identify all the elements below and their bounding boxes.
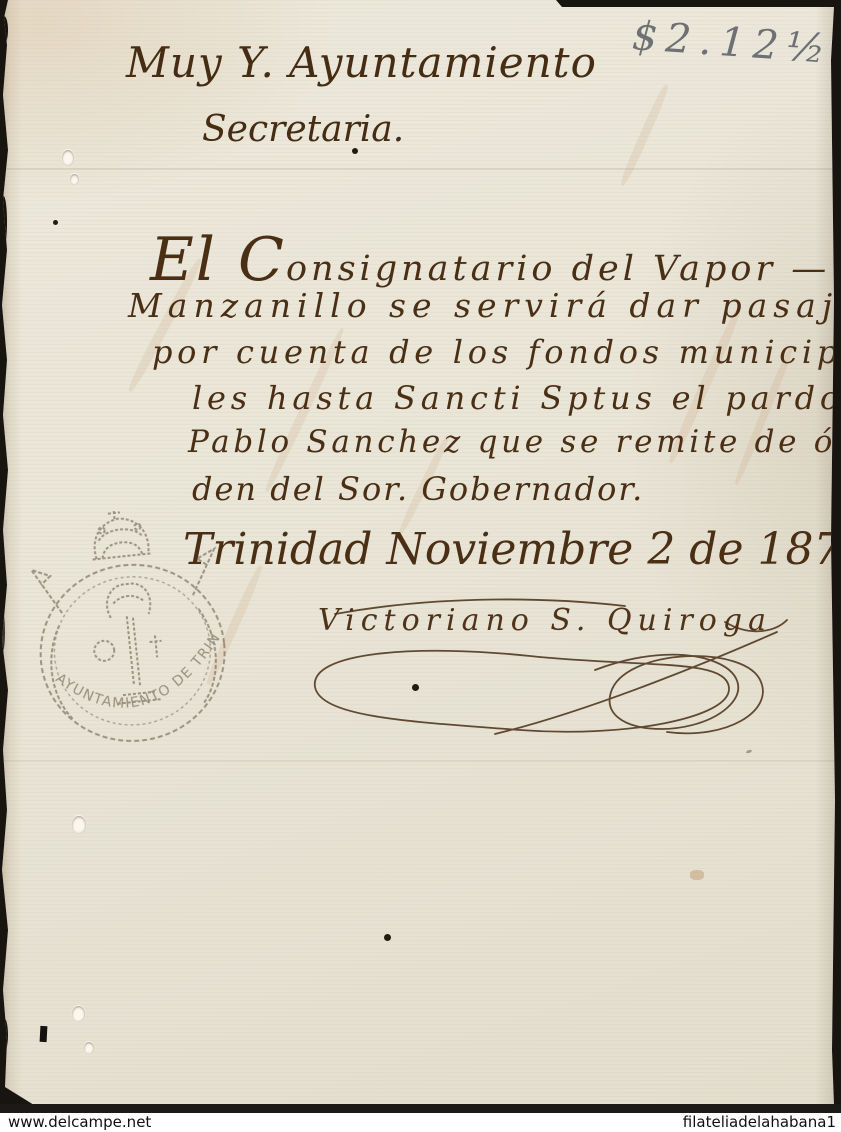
municipal-seal-stamp: AYUNTAMIENTO DE TRINIDAD [7, 487, 253, 769]
ink-dot [53, 220, 58, 225]
paper-crease [0, 760, 841, 762]
dateline: Trinidad Noviembre 2 de 1878. [183, 528, 841, 572]
pin-hole [62, 150, 74, 166]
ink-dot [384, 934, 391, 941]
signature-flourish [295, 592, 795, 757]
paper-edge-chip [0, 1018, 8, 1052]
document-paper: $2.12½ Muy Y. Ayuntamiento Secretaria. E… [0, 0, 841, 1105]
body-line: El Consignatario del Vapor — [150, 230, 830, 290]
header-secretaria: Secretaria. [202, 112, 404, 148]
paper-edge-chip [0, 612, 5, 652]
pencil-price-annotation: $2.12½ [631, 13, 835, 73]
svg-text:AYUNTAMIENTO DE TRINIDAD: AYUNTAMIENTO DE TRINIDAD [7, 487, 231, 723]
watermark-right: filateliadelahabana1 [683, 1113, 836, 1131]
body-line: les hasta Sancti Sptus el pardo [192, 382, 841, 414]
body-line: Manzanillo se servirá dar pasaje [128, 289, 841, 322]
scan-edge-bar [0, 1104, 841, 1113]
seal-emblem-tree [88, 581, 168, 706]
rust-spot [690, 870, 704, 880]
paper-crease [0, 168, 841, 170]
ink-mark [40, 1026, 48, 1042]
pin-hole [72, 816, 86, 834]
ink-dot [352, 148, 358, 154]
scanner-background: $2.12½ Muy Y. Ayuntamiento Secretaria. E… [0, 0, 841, 1112]
pin-hole [70, 174, 79, 185]
scanned-document-page: $2.12½ Muy Y. Ayuntamiento Secretaria. E… [0, 0, 841, 1132]
paper-stain [618, 83, 671, 187]
pin-hole [84, 1042, 94, 1054]
body-line: por cuenta de los fondos municipa [152, 336, 841, 368]
body-line: Pablo Sanchez que se remite de ór- [188, 427, 841, 458]
watermark-strip: www.delcampe.net filateliadelahabana1 [0, 1113, 841, 1132]
seal-text: AYUNTAMIENTO DE TRINIDAD [7, 487, 231, 723]
body-line-initial: El C [150, 225, 286, 295]
pin-hole [72, 1006, 85, 1022]
body-line: den del Sor. Gobernador. [192, 473, 644, 505]
header-ayuntamiento: Muy Y. Ayuntamiento [126, 42, 597, 84]
watermark-left: www.delcampe.net [8, 1113, 151, 1131]
crown-icon [88, 506, 153, 560]
body-line-rest: onsignatario del Vapor — [286, 249, 830, 289]
ink-dot [412, 684, 419, 691]
paper-edge-chip [0, 16, 8, 44]
paper-edge-chip [0, 196, 7, 248]
